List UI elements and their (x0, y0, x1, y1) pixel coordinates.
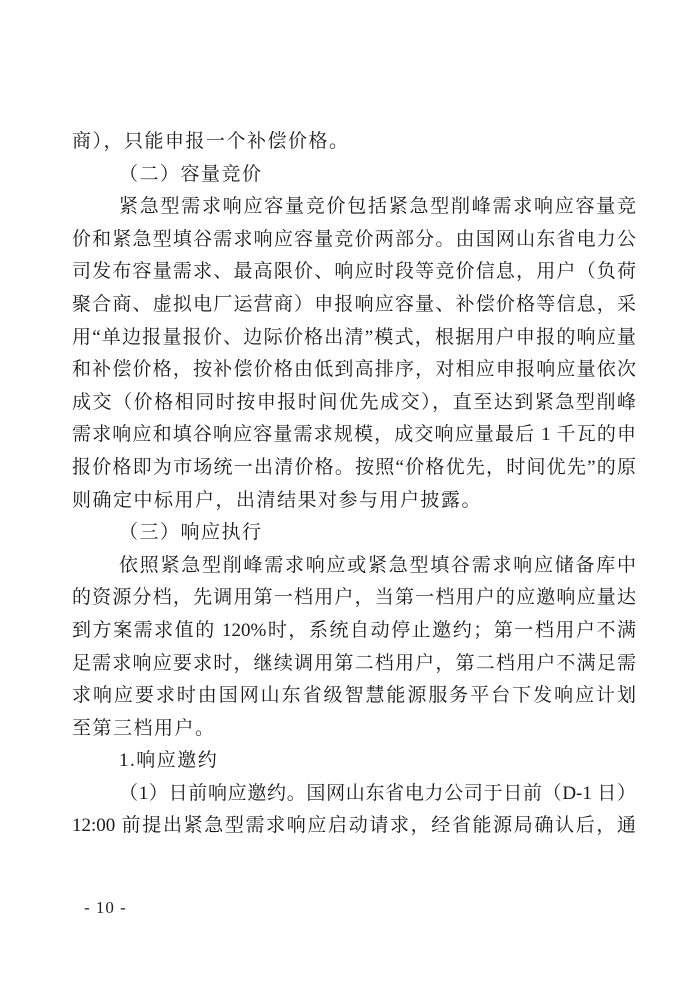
text-line: 成交（价格相同时按申报时间优先成交），直至达到紧急型削峰 (72, 387, 636, 420)
text-line: 1.响应邀约 (72, 745, 636, 778)
text-line: 司发布容量需求、最高限价、响应时段等竞价信息，用户（负荷 (72, 256, 636, 289)
paragraph: 1.响应邀约 (72, 745, 636, 778)
paragraph: （三）响应执行 (72, 517, 636, 550)
text-line: 需求响应和填谷响应容量需求规模，成交响应量最后 1 千瓦的申 (72, 419, 636, 452)
text-line: 求响应要求时由国网山东省级智慧能源服务平台下发响应计划 (72, 680, 636, 713)
text-line: （三）响应执行 (72, 517, 636, 550)
document-page: 商），只能申报一个补偿价格。（二）容量竞价紧急型需求响应容量竞价包括紧急型削峰需… (0, 0, 700, 990)
text-line: 报价格即为市场统一出清价格。按照“价格优先，时间优先”的原 (72, 452, 636, 485)
paragraph: （1）日前响应邀约。国网山东省电力公司于日前（D-1 日）12:00 前提出紧急… (72, 778, 636, 843)
text-line: 则确定中标用户，出清结果对参与用户披露。 (72, 485, 636, 518)
text-line: 到方案需求值的 120%时，系统自动停止邀约；第一档用户不满 (72, 615, 636, 648)
text-line: 12:00 前提出紧急型需求响应启动请求，经省能源局确认后，通 (72, 810, 636, 843)
page-footer: - 10 - (84, 898, 127, 918)
text-line: 的资源分档，先调用第一档用户，当第一档用户的应邀响应量达 (72, 582, 636, 615)
text-line: 价和紧急型填谷需求响应容量竞价两部分。由国网山东省电力公 (72, 224, 636, 257)
text-line: 用“单边报量报价、边际价格出清”模式，根据用户申报的响应量 (72, 322, 636, 355)
paragraph: （二）容量竞价 (72, 159, 636, 192)
text-line: 足需求响应要求时，继续调用第二档用户，第二档用户不满足需 (72, 648, 636, 681)
text-line: 和补偿价格，按补偿价格由低到高排序，对相应申报响应量依次 (72, 354, 636, 387)
paragraph: 依照紧急型削峰需求响应或紧急型填谷需求响应储备库中的资源分档，先调用第一档用户，… (72, 550, 636, 746)
text-line: （1）日前响应邀约。国网山东省电力公司于日前（D-1 日） (72, 778, 636, 811)
text-line: （二）容量竞价 (72, 159, 636, 192)
text-line: 商），只能申报一个补偿价格。 (72, 126, 636, 159)
paragraph: 商），只能申报一个补偿价格。 (72, 126, 636, 159)
text-line: 依照紧急型削峰需求响应或紧急型填谷需求响应储备库中 (72, 550, 636, 583)
text-line: 聚合商、虚拟电厂运营商）申报响应容量、补偿价格等信息，采 (72, 289, 636, 322)
page-number: - 10 - (84, 898, 127, 917)
text-line: 至第三档用户。 (72, 713, 636, 746)
text-line: 紧急型需求响应容量竞价包括紧急型削峰需求响应容量竞 (72, 191, 636, 224)
document-body: 商），只能申报一个补偿价格。（二）容量竞价紧急型需求响应容量竞价包括紧急型削峰需… (72, 126, 636, 843)
paragraph: 紧急型需求响应容量竞价包括紧急型削峰需求响应容量竞价和紧急型填谷需求响应容量竞价… (72, 191, 636, 517)
